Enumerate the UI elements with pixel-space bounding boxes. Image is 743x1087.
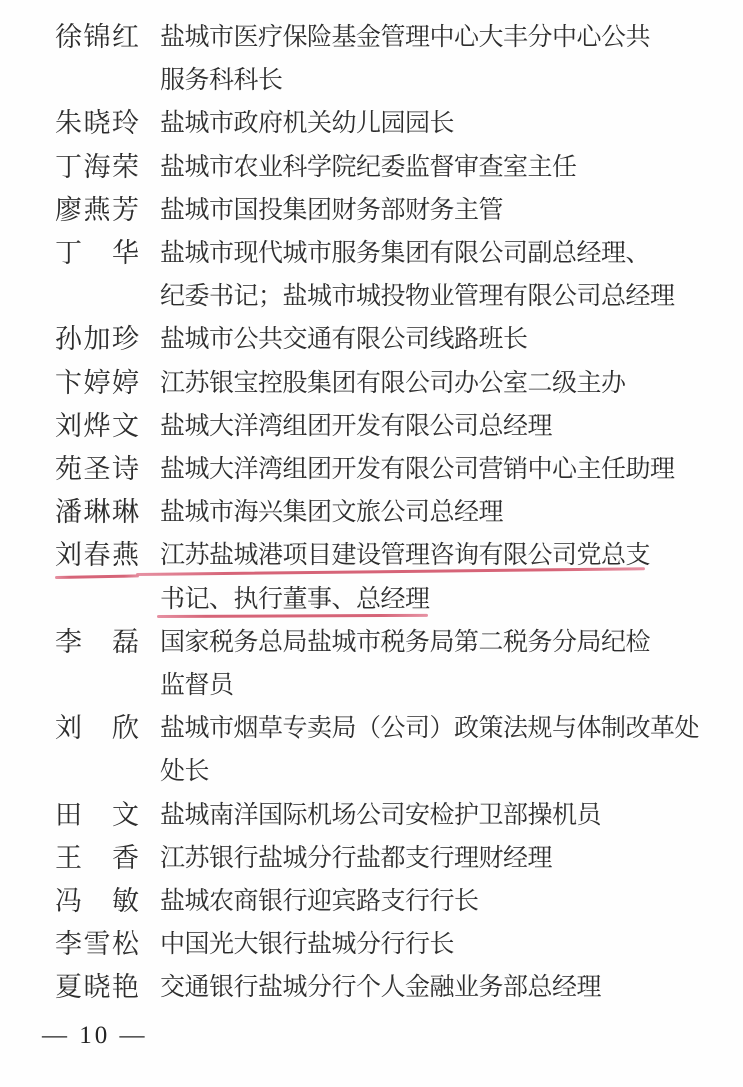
title-line: 江苏银行盐城分行盐都支行理财经理 (160, 837, 743, 880)
awardee-title: 盐城市政府机关幼儿园园长 (160, 102, 743, 145)
title-line: 盐城市国投集团财务部财务主管 (160, 189, 743, 232)
awardee-name-text: 夏晓艳 (55, 966, 139, 1009)
awardee-row: 刘春燕 江苏盐城港项目建设管理咨询有限公司党总支书记、执行董事、总经理 (0, 534, 743, 620)
awardee-name-text: 冯 敏 (55, 880, 139, 923)
title-line: 盐城市烟草专卖局（公司）政策法规与体制改革处 (160, 707, 743, 750)
awardee-title: 盐城市海兴集团文旅公司总经理 (160, 491, 743, 534)
awardee-row: 夏晓艳 交通银行盐城分行个人金融业务部总经理 (0, 966, 743, 1009)
awardee-name-text: 朱晓玲 (55, 102, 139, 145)
title-line: 国家税务总局盐城市税务局第二税务分局纪检 (160, 621, 743, 664)
awardee-title: 国家税务总局盐城市税务局第二税务分局纪检监督员 (160, 621, 743, 707)
awardee-title: 盐城南洋国际机场公司安检护卫部操机员 (160, 794, 743, 837)
awardee-name-text: 徐锦红 (55, 16, 139, 59)
awardee-name: 潘琳琳 (55, 491, 160, 534)
awardee-title: 盐城大洋湾组团开发有限公司营销中心主任助理 (160, 448, 743, 491)
awardee-title: 江苏银宝控股集团有限公司办公室二级主办 (160, 362, 743, 405)
awardee-title: 盐城农商银行迎宾路支行行长 (160, 880, 743, 923)
awardee-name: 王 香 (55, 837, 160, 880)
title-line: 纪委书记；盐城市城投物业管理有限公司总经理 (160, 275, 743, 318)
awardee-title: 盐城市国投集团财务部财务主管 (160, 189, 743, 232)
red-underline-mark (55, 575, 139, 580)
awardee-name-text: 丁 华 (55, 232, 139, 275)
awardee-row: 朱晓玲 盐城市政府机关幼儿园园长 (0, 102, 743, 145)
awardee-row: 丁海荣 盐城市农业科学院纪委监督审查室主任 (0, 146, 743, 189)
awardee-name-text: 李 磊 (55, 621, 139, 664)
awardee-row: 廖燕芳 盐城市国投集团财务部财务主管 (0, 189, 743, 232)
awardee-name-text: 孙加珍 (55, 318, 139, 361)
awardee-row: 苑圣诗 盐城大洋湾组团开发有限公司营销中心主任助理 (0, 448, 743, 491)
awardee-row: 潘琳琳 盐城市海兴集团文旅公司总经理 (0, 491, 743, 534)
awardee-name: 刘春燕 (55, 534, 160, 577)
title-line: 盐城市现代城市服务集团有限公司副总经理、 (160, 232, 743, 275)
awardee-name: 苑圣诗 (55, 448, 160, 491)
document-page: 徐锦红 盐城市医疗保险基金管理中心大丰分中心公共服务科科长 朱晓玲 盐城市政府机… (0, 0, 743, 1087)
title-line: 盐城市公共交通有限公司线路班长 (160, 318, 743, 361)
awardee-name: 田 文 (55, 794, 160, 837)
awardee-row: 丁 华 盐城市现代城市服务集团有限公司副总经理、纪委书记；盐城市城投物业管理有限… (0, 232, 743, 318)
awardee-name: 丁 华 (55, 232, 160, 275)
awardee-name: 冯 敏 (55, 880, 160, 923)
title-line: 盐城市农业科学院纪委监督审查室主任 (160, 146, 743, 189)
awardee-title: 盐城市医疗保险基金管理中心大丰分中心公共服务科科长 (160, 16, 743, 102)
awardee-row: 刘 欣 盐城市烟草专卖局（公司）政策法规与体制改革处处长 (0, 707, 743, 793)
title-line: 盐城南洋国际机场公司安检护卫部操机员 (160, 794, 743, 837)
title-line: 盐城农商银行迎宾路支行行长 (160, 880, 743, 923)
awardee-name-text: 刘春燕 (55, 534, 139, 577)
awardee-row: 王 香 江苏银行盐城分行盐都支行理财经理 (0, 837, 743, 880)
title-line: 盐城市医疗保险基金管理中心大丰分中心公共 (160, 16, 743, 59)
awardee-title: 江苏银行盐城分行盐都支行理财经理 (160, 837, 743, 880)
awardee-row: 卞婷婷 江苏银宝控股集团有限公司办公室二级主办 (0, 362, 743, 405)
title-line: 盐城市政府机关幼儿园园长 (160, 102, 743, 145)
awardee-name-text: 苑圣诗 (55, 448, 139, 491)
awardee-name: 丁海荣 (55, 146, 160, 189)
awardee-list: 徐锦红 盐城市医疗保险基金管理中心大丰分中心公共服务科科长 朱晓玲 盐城市政府机… (0, 16, 743, 1010)
awardee-row: 田 文 盐城南洋国际机场公司安检护卫部操机员 (0, 794, 743, 837)
awardee-name: 廖燕芳 (55, 189, 160, 232)
awardee-name-text: 田 文 (55, 794, 139, 837)
page-number: — 10 — (42, 1022, 148, 1050)
awardee-name: 李 磊 (55, 621, 160, 664)
awardee-title: 交通银行盐城分行个人金融业务部总经理 (160, 966, 743, 1009)
awardee-name: 孙加珍 (55, 318, 160, 361)
awardee-row: 刘烨文 盐城大洋湾组团开发有限公司总经理 (0, 405, 743, 448)
awardee-name: 刘 欣 (55, 707, 160, 750)
awardee-row: 徐锦红 盐城市医疗保险基金管理中心大丰分中心公共服务科科长 (0, 16, 743, 102)
title-line: 处长 (160, 750, 743, 793)
awardee-title: 中国光大银行盐城分行行长 (160, 923, 743, 966)
awardee-name: 刘烨文 (55, 405, 160, 448)
awardee-name: 夏晓艳 (55, 966, 160, 1009)
title-line: 中国光大银行盐城分行行长 (160, 923, 743, 966)
awardee-title: 盐城市农业科学院纪委监督审查室主任 (160, 146, 743, 189)
title-line: 盐城大洋湾组团开发有限公司营销中心主任助理 (160, 448, 743, 491)
awardee-name-text: 潘琳琳 (55, 491, 139, 534)
title-line: 监督员 (160, 664, 743, 707)
awardee-row: 冯 敏 盐城农商银行迎宾路支行行长 (0, 880, 743, 923)
awardee-name-text: 刘 欣 (55, 707, 139, 750)
awardee-name: 朱晓玲 (55, 102, 160, 145)
awardee-name-text: 丁海荣 (55, 146, 139, 189)
awardee-title: 盐城大洋湾组团开发有限公司总经理 (160, 405, 743, 448)
awardee-name-text: 李雪松 (55, 923, 139, 966)
awardee-name: 卞婷婷 (55, 362, 160, 405)
awardee-title: 盐城市公共交通有限公司线路班长 (160, 318, 743, 361)
awardee-name-text: 王 香 (55, 837, 139, 880)
awardee-name: 徐锦红 (55, 16, 160, 59)
awardee-title: 盐城市烟草专卖局（公司）政策法规与体制改革处处长 (160, 707, 743, 793)
awardee-title: 盐城市现代城市服务集团有限公司副总经理、纪委书记；盐城市城投物业管理有限公司总经… (160, 232, 743, 318)
title-line: 交通银行盐城分行个人金融业务部总经理 (160, 966, 743, 1009)
awardee-title: 江苏盐城港项目建设管理咨询有限公司党总支书记、执行董事、总经理 (160, 534, 743, 620)
awardee-row: 李雪松 中国光大银行盐城分行行长 (0, 923, 743, 966)
title-line: 盐城大洋湾组团开发有限公司总经理 (160, 405, 743, 448)
awardee-name-text: 刘烨文 (55, 405, 139, 448)
title-line: 江苏银宝控股集团有限公司办公室二级主办 (160, 362, 743, 405)
title-line: 服务科科长 (160, 59, 743, 102)
awardee-name: 李雪松 (55, 923, 160, 966)
awardee-name-text: 廖燕芳 (55, 189, 139, 232)
title-line: 盐城市海兴集团文旅公司总经理 (160, 491, 743, 534)
awardee-name-text: 卞婷婷 (55, 362, 139, 405)
awardee-row: 李 磊 国家税务总局盐城市税务局第二税务分局纪检监督员 (0, 621, 743, 707)
awardee-row: 孙加珍 盐城市公共交通有限公司线路班长 (0, 318, 743, 361)
